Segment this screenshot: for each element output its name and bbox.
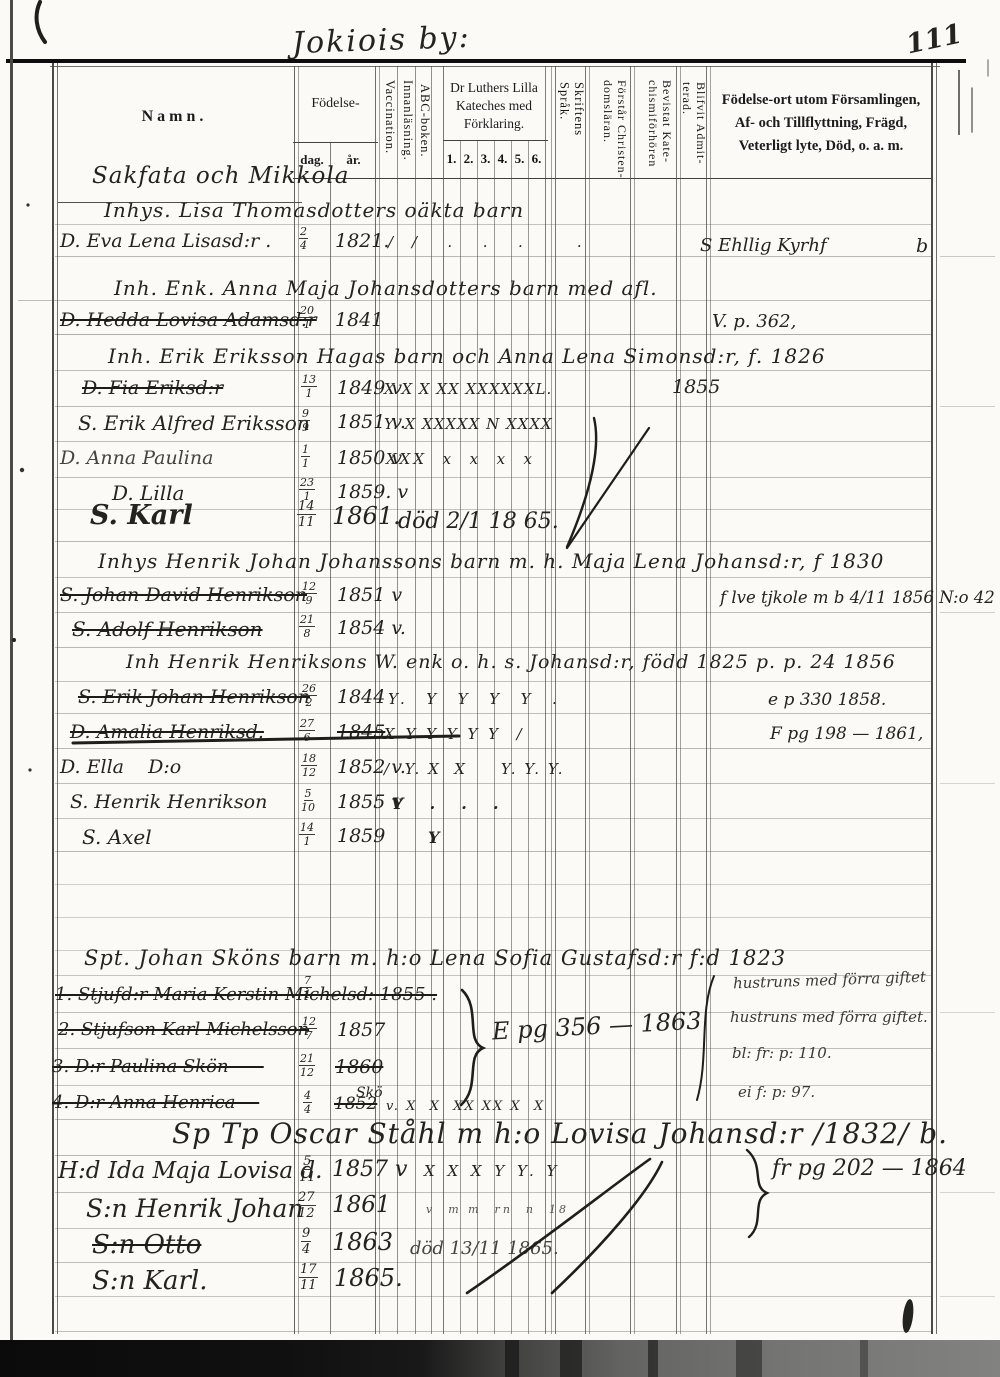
rule-line: [57, 63, 58, 1334]
scan-streak: [505, 1340, 519, 1377]
family-heading: Inh. Enk. Anna Maja Johansdotters barn m…: [114, 278, 658, 298]
column-header-blifvit: Blifvit Admit- terad.: [681, 82, 707, 212]
catechism-marks: v m m rn n 18: [426, 1204, 569, 1215]
catechism-marks: Y . . .: [392, 796, 504, 812]
birth-year: 1860: [335, 1058, 383, 1077]
birth-day: 1711: [299, 1263, 318, 1292]
scan-streak: [648, 1340, 658, 1377]
birth-year: 1854 v.: [337, 619, 406, 638]
record-name: S. Johan David Henrikson: [60, 586, 307, 605]
birth-year: 1857 v: [332, 1159, 407, 1181]
rule-line: [293, 142, 378, 143]
birth-year: 1859. v: [337, 483, 408, 502]
birth-day: 131: [301, 374, 317, 399]
birth-day: 141: [299, 822, 315, 847]
birth-year: 1863: [332, 1230, 393, 1254]
birth-day: 276: [299, 718, 315, 743]
margin-note: bl: fr: p: 110.: [732, 1046, 832, 1061]
birth-day: 2712: [297, 1191, 316, 1220]
birth-day: 510: [301, 788, 315, 813]
rule-line: [940, 1012, 995, 1013]
kateches-col-4: 4.: [494, 151, 511, 167]
rule-line: [958, 70, 960, 135]
birth-year: 1859: [337, 827, 385, 846]
rule-line: [18, 300, 932, 301]
catechism-marks: X Y Y Y Y Y /: [384, 727, 525, 742]
death-note: död 13/11 1865.: [410, 1240, 559, 1258]
birth-day: 71: [303, 975, 312, 1000]
birth-day: 24: [299, 226, 308, 251]
birth-day: 99: [301, 408, 310, 433]
rule-line: [940, 1296, 995, 1297]
column-header-kateches-2: Kateches med: [440, 98, 548, 114]
death-note: död 2/1 18 65.: [398, 511, 559, 533]
birth-day: 262: [301, 683, 317, 708]
kateches-col-2: 2.: [460, 151, 477, 167]
birth-day: 2112: [299, 1053, 315, 1078]
birth-year: 1861.: [332, 504, 401, 528]
margin-note: b: [916, 237, 928, 256]
birth-year: 1821.: [335, 232, 389, 251]
record-name: D. Eva Lena Lisasd:r .: [60, 232, 271, 251]
birth-year: 1841: [335, 311, 383, 330]
record-name: D. Hedda Lovisa Adamsd:r: [60, 311, 317, 330]
birth-day: 44: [303, 1090, 312, 1115]
rule-line: [528, 140, 529, 1334]
margin-note: f lve tjkole m b 4/11 1856 N:o 42: [720, 590, 995, 607]
scan-streak: [736, 1340, 762, 1377]
margin-note: e p 330 1858.: [768, 692, 886, 709]
family-heading: Inh Henrik Henriksons W. enk o. h. s. Jo…: [126, 653, 896, 672]
scan-streak: [560, 1340, 582, 1377]
family-heading: Inh. Erik Eriksson Hagas barn och Anna L…: [108, 346, 826, 366]
record-name: S. Erik Johan Henrikson: [78, 688, 310, 707]
rule-line: [330, 142, 331, 1334]
rule-line: [940, 612, 995, 613]
margin-note: V. p. 362,: [712, 313, 796, 331]
column-header-namn: Namn.: [56, 108, 293, 126]
scan-streak: [860, 1340, 868, 1377]
rule-line: [443, 140, 548, 141]
catechism-marks: Y. X XXXXX N XXXX: [384, 417, 553, 432]
column-header-fodelseort-3: Veterligt lyte, Död, o. a. m.: [712, 138, 930, 155]
catechism-marks: Y: [428, 830, 439, 846]
record-name: 3. D:r Paulina Skön —: [52, 1058, 264, 1076]
rule-line: [940, 783, 995, 784]
church-book-page: Jokiois by: 111 Namn. Födelse- dag. år. …: [0, 0, 1000, 1377]
margin-note: fr pg 202 — 1864: [772, 1158, 967, 1180]
family-heading: Sp Tp Oscar Ståhl m h:o Lovisa Johansd:r…: [172, 1120, 948, 1148]
kateches-col-1: 1.: [443, 151, 460, 167]
birth-day: 218: [299, 614, 315, 639]
record-name: S. Axel: [82, 827, 152, 847]
rule-line: [10, 0, 13, 1340]
birth-day: 94: [301, 1227, 311, 1256]
column-header-skriftens-sprak: Skriftens Språk.: [556, 82, 586, 222]
catechism-marks: XXX x x x x: [386, 452, 535, 467]
birth-year: 1851 v: [337, 586, 402, 605]
record-name: 2. Stjufson Karl Michelsson: [58, 1021, 309, 1039]
margin-note: F pg 198 — 1861,: [770, 726, 923, 743]
record-name: S:n Karl.: [92, 1268, 208, 1294]
birth-year: 1844: [337, 688, 385, 707]
record-name: D. Fia Eriksd:r: [82, 379, 223, 398]
column-header-fodelse: Födelse-: [293, 96, 378, 112]
birth-day: 1411: [297, 500, 316, 529]
record-name: H:d Ida Maja Lovisa d.: [58, 1160, 322, 1183]
record-name: S. Karl: [90, 502, 193, 529]
rule-line: [6, 59, 966, 63]
family-heading: Inhys Henrik Johan Johanssons barn m. h.…: [98, 551, 884, 571]
birth-year: 1865.: [334, 1266, 403, 1290]
kateches-col-6: 6.: [528, 151, 545, 167]
birth-day: 11: [301, 444, 310, 469]
catechism-marks: Y. Y Y Y Y .: [388, 692, 561, 707]
catechism-marks: v. X X XX XX X X: [386, 1100, 545, 1113]
rule-line: [52, 63, 54, 1334]
village-heading: Sakfata och Mikkola: [92, 165, 349, 188]
catechism-marks: X X X XX XXXXXXL.: [384, 382, 552, 397]
birth-day: 127: [301, 1016, 317, 1041]
birth-year: 1857: [337, 1021, 385, 1040]
record-name: S:n Henrik Johan: [86, 1196, 304, 1221]
birth-day: 201: [299, 305, 315, 330]
record-name: D. Ella D:o: [60, 758, 181, 777]
margin-note: S Ehllig Kyrhf: [700, 237, 827, 255]
record-name: D. Anna Paulina: [60, 449, 213, 468]
record-name: S. Erik Alfred Eriksson: [78, 413, 310, 433]
catechism-marks: / Y. X X Y. Y. Y.: [384, 762, 565, 777]
rule-line: [940, 406, 995, 407]
rule-line: [940, 256, 995, 257]
column-header-forstar: Förstår Christen- domsläran.: [592, 80, 628, 230]
catechism-marks: X X X Y Y. Y: [424, 1164, 560, 1179]
margin-note: hustruns med förra giftet.: [730, 1010, 928, 1025]
scan-artifact-band: [0, 1340, 1000, 1377]
record-name: 1. Stjufd:r Maria Kerstin Michelsd: 1855…: [55, 986, 437, 1004]
kateches-col-5: 5.: [511, 151, 528, 167]
record-name: 4. D:r Anna Henrica —: [52, 1094, 259, 1112]
column-header-bevistat: Bevistat Kate- chismiförhören: [637, 80, 673, 230]
kateches-col-3: 3.: [477, 151, 494, 167]
rule-line: [940, 1192, 995, 1193]
column-header-fodelseort-2: Af- och Tillflyttning, Frägd,: [712, 115, 930, 132]
column-header-fodelseort-1: Födelse-ort utom Församlingen,: [712, 92, 930, 109]
family-heading: Spt. Johan Sköns barn m. h:o Lena Sofia …: [84, 948, 786, 969]
margin-note: ei f: p: 97.: [738, 1085, 815, 1100]
birth-day: 511: [299, 1155, 316, 1184]
birth-year: 1845: [337, 723, 385, 742]
record-name: S:n Otto: [92, 1232, 201, 1258]
birth-year: 1861: [332, 1194, 391, 1217]
family-heading: Inhys. Lisa Thomasdotters oäkta barn: [104, 200, 524, 220]
catechism-marks: / / . . . .: [388, 235, 589, 250]
rule-line: [50, 66, 940, 67]
birth-year: 1852: [334, 1096, 377, 1113]
record-name: S. Adolf Henrikson: [72, 619, 263, 639]
margin-note: 1855: [672, 378, 720, 397]
birth-day: 1812: [301, 753, 317, 778]
column-header-kateches-1: Dr Luthers Lilla: [440, 80, 548, 96]
birth-day: 129: [301, 581, 317, 606]
column-header-kateches-3: Förklaring.: [440, 116, 548, 132]
record-name: S. Henrik Henrikson: [70, 793, 267, 812]
record-name: D. Amalia Henriksd.: [70, 723, 264, 742]
